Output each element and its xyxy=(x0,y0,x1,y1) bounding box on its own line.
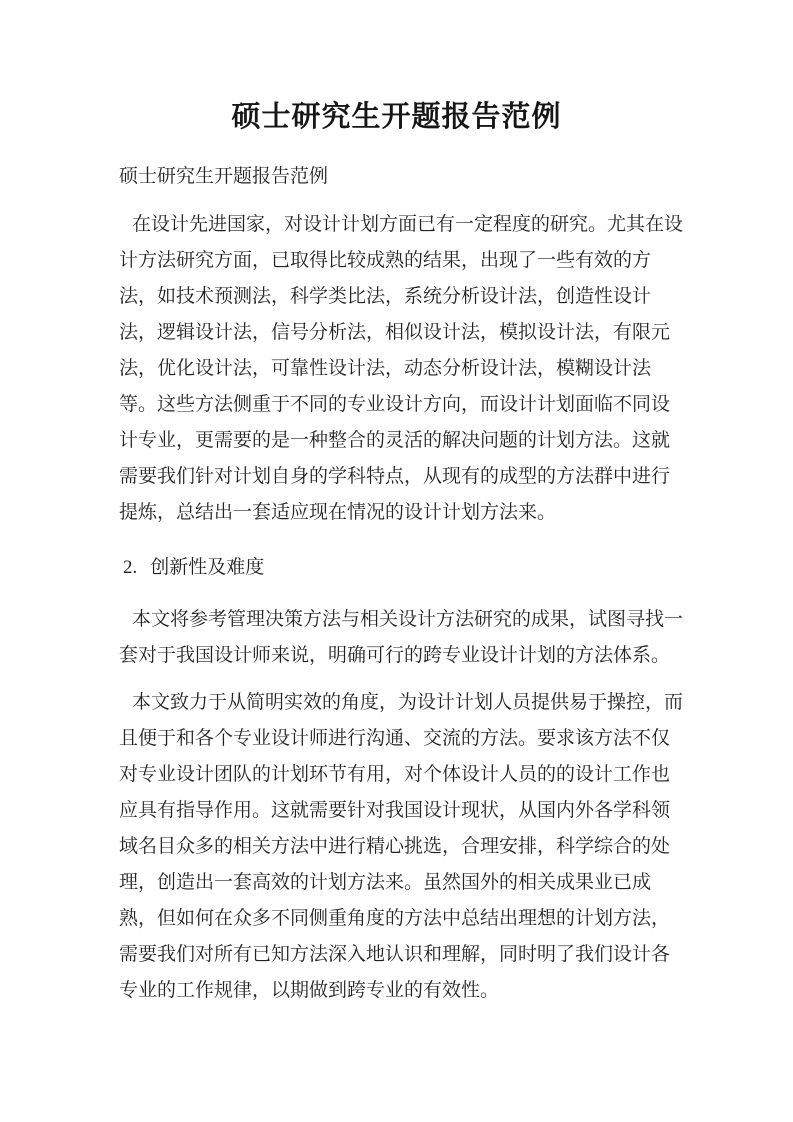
text-line: 法，逻辑设计法，信号分析法，相似设计法，模拟设计法，有限元 xyxy=(119,315,674,351)
section-label: 创新性及难度 xyxy=(150,557,264,578)
document-subtitle: 硕士研究生开题报告范例 xyxy=(119,159,674,195)
text-line: 法，优化设计法，可靠性设计法，动态分析设计法，模糊设计法 xyxy=(119,351,674,387)
text-line: 理，创造出一套高效的计划方法来。虽然国外的相关成果业已成 xyxy=(119,865,674,901)
section-number: 2. xyxy=(123,550,137,586)
text-line: 熟，但如何在众多不同侧重角度的方法中总结出理想的计划方法， xyxy=(119,901,674,937)
page-title: 硕士研究生开题报告范例 xyxy=(119,0,674,137)
text-line: 应具有指导作用。这就需要针对我国设计现状，从国内外各学科领 xyxy=(119,793,674,829)
text-line: 本文致力于从简明实效的角度，为设计计划人员提供易于操控，而 xyxy=(119,685,674,721)
text-line: 计专业，更需要的是一种整合的灵活的解决问题的计划方法。这就 xyxy=(119,423,674,459)
body-paragraph-2: 本文将参考管理决策方法与相关设计方法研究的成果，试图寻找一 套对于我国设计师来说… xyxy=(119,602,674,674)
text-line: 对专业设计团队的计划环节有用，对个体设计人员的的设计工作也 xyxy=(119,757,674,793)
text-line: 在设计先进国家，对设计计划方面已有一定程度的研究。尤其在设 xyxy=(119,207,674,243)
body-paragraph-3: 本文致力于从简明实效的角度，为设计计划人员提供易于操控，而 且便于和各个专业设计… xyxy=(119,685,674,1009)
section-heading-2: 2.创新性及难度 xyxy=(119,550,674,586)
text-line: 需要我们针对计划自身的学科特点，从现有的成型的方法群中进行 xyxy=(119,459,674,495)
text-line: 域名目众多的相关方法中进行精心挑选，合理安排，科学综合的处 xyxy=(119,829,674,865)
text-line: 提炼，总结出一套适应现在情况的设计计划方法来。 xyxy=(119,495,674,531)
text-line: 套对于我国设计师来说，明确可行的跨专业设计计划的方法体系。 xyxy=(119,638,674,674)
text-line: 等。这些方法侧重于不同的专业设计方向，而设计计划面临不同设 xyxy=(119,387,674,423)
text-line: 需要我们对所有已知方法深入地认识和理解，同时明了我们设计各 xyxy=(119,937,674,973)
text-line: 本文将参考管理决策方法与相关设计方法研究的成果，试图寻找一 xyxy=(119,602,674,638)
text-line: 专业的工作规律，以期做到跨专业的有效性。 xyxy=(119,973,674,1009)
text-line: 且便于和各个专业设计师进行沟通、交流的方法。要求该方法不仅 xyxy=(119,721,674,757)
text-line: 法，如技术预测法，科学类比法，系统分析设计法，创造性设计 xyxy=(119,279,674,315)
body-paragraph-1: 在设计先进国家，对设计计划方面已有一定程度的研究。尤其在设 计方法研究方面，已取… xyxy=(119,207,674,531)
text-line: 计方法研究方面，已取得比较成熟的结果，出现了一些有效的方 xyxy=(119,243,674,279)
document-page: 硕士研究生开题报告范例 硕士研究生开题报告范例 在设计先进国家，对设计计划方面已… xyxy=(0,0,793,1122)
